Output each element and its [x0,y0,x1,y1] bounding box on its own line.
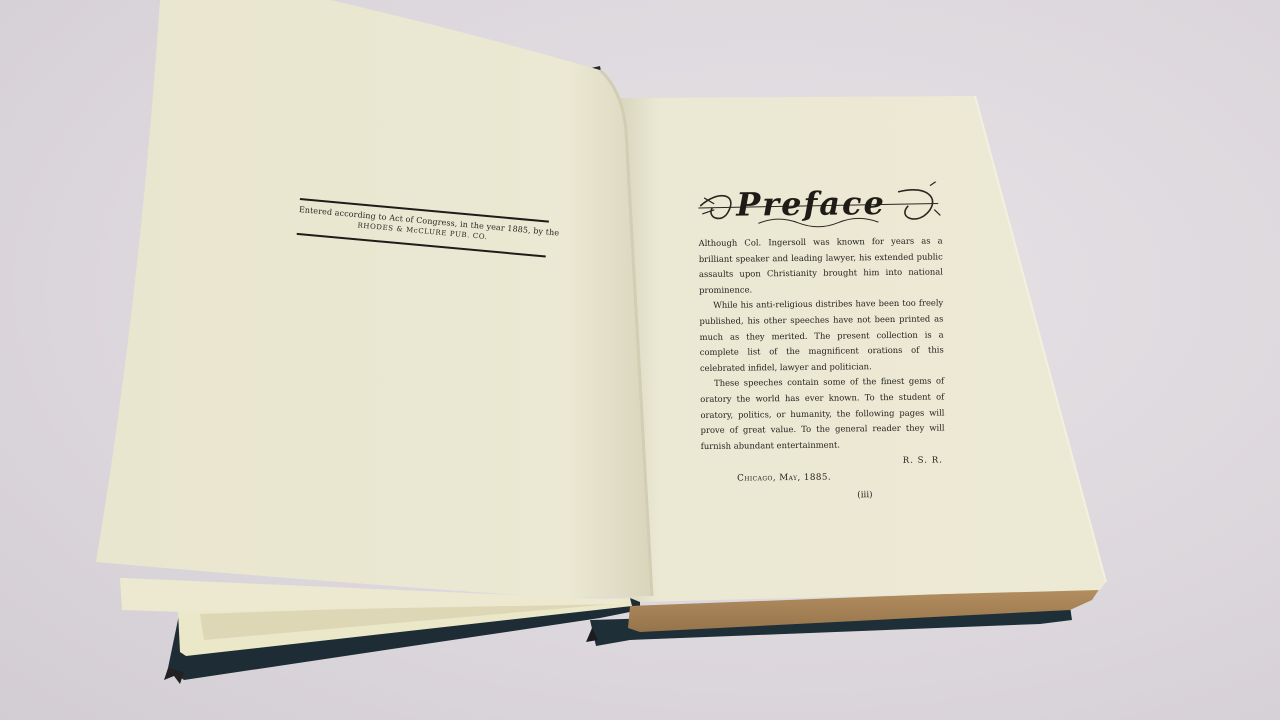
book-photo-scene: Entered according to Act of Congress, in… [0,0,1280,720]
open-book-illustration [0,0,1280,720]
